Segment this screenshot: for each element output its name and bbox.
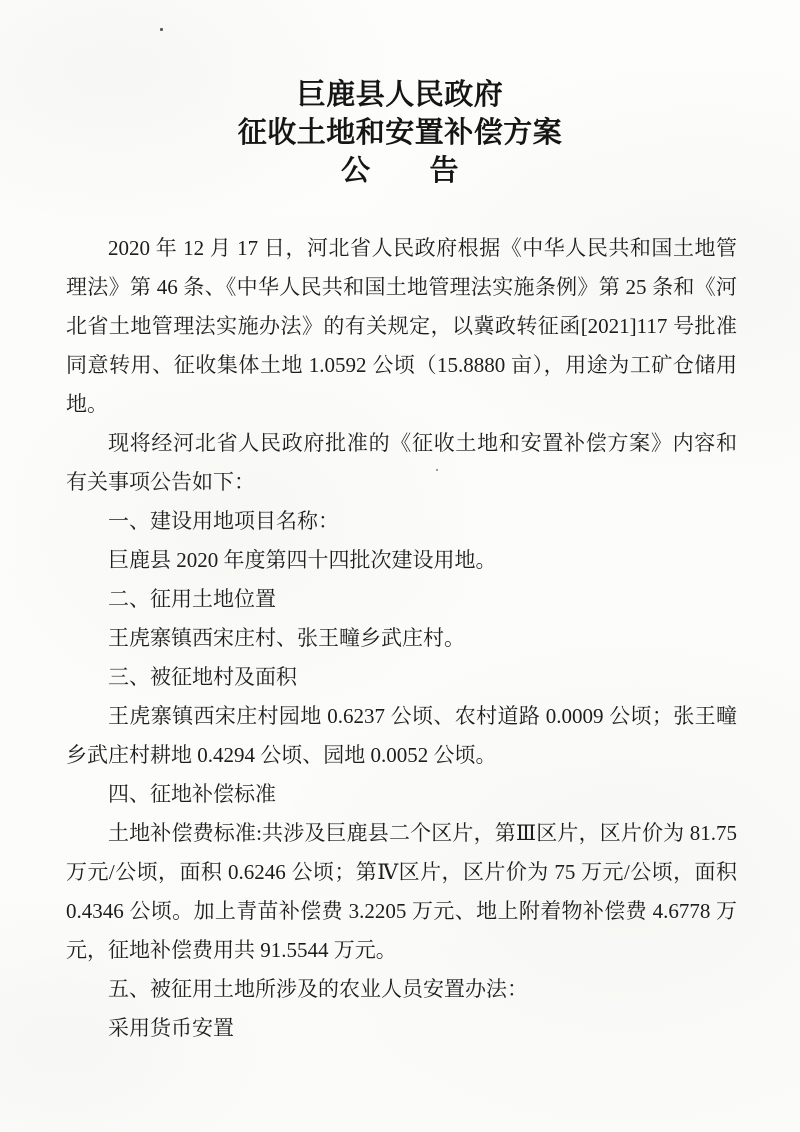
paragraph-resettlement-method: 采用货币安置 — [66, 1009, 737, 1048]
heading-section-2-land-location: 二、征用土地位置 — [66, 580, 737, 619]
document-title-block: 巨鹿县人民政府 征收土地和安置补偿方案 公 告 — [40, 76, 760, 190]
document-title-plan-name: 征收土地和安置补偿方案 — [40, 114, 760, 152]
paragraph-approval-basis: 2020 年 12 月 17 日，河北省人民政府根据《中华人民共和国土地管理法》… — [66, 229, 737, 424]
paragraph-villages-area: 王虎寨镇西宋庄村园地 0.6237 公顷、农村道路 0.0009 公顷；张王疃乡… — [66, 697, 737, 775]
heading-section-3-villages-area: 三、被征地村及面积 — [66, 658, 737, 697]
heading-section-1-project-name: 一、建设用地项目名称： — [66, 502, 737, 541]
scan-speck — [160, 28, 163, 31]
paragraph-announcement-lead: 现将经河北省人民政府批准的《征收土地和安置补偿方案》内容和有关事项公告如下： — [66, 424, 737, 502]
paragraph-compensation-standard: 土地补偿费标准:共涉及巨鹿县二个区片，第Ⅲ区片，区片价为 81.75 万元/公顷… — [66, 814, 737, 970]
scan-speck — [436, 469, 438, 471]
heading-section-4-compensation-standard: 四、征地补偿标准 — [66, 775, 737, 814]
heading-section-5-resettlement-method: 五、被征用土地所涉及的农业人员安置办法： — [66, 970, 737, 1009]
paragraph-project-name: 巨鹿县 2020 年度第四十四批次建设用地。 — [66, 541, 737, 580]
scanned-document-page: 巨鹿县人民政府 征收土地和安置补偿方案 公 告 2020 年 12 月 17 日… — [0, 0, 800, 1132]
paragraph-land-location: 王虎寨镇西宋庄村、张王疃乡武庄村。 — [66, 619, 737, 658]
document-body: 2020 年 12 月 17 日，河北省人民政府根据《中华人民共和国土地管理法》… — [66, 229, 737, 1048]
document-title-government: 巨鹿县人民政府 — [40, 76, 760, 114]
document-title-announcement: 公 告 — [40, 152, 760, 190]
